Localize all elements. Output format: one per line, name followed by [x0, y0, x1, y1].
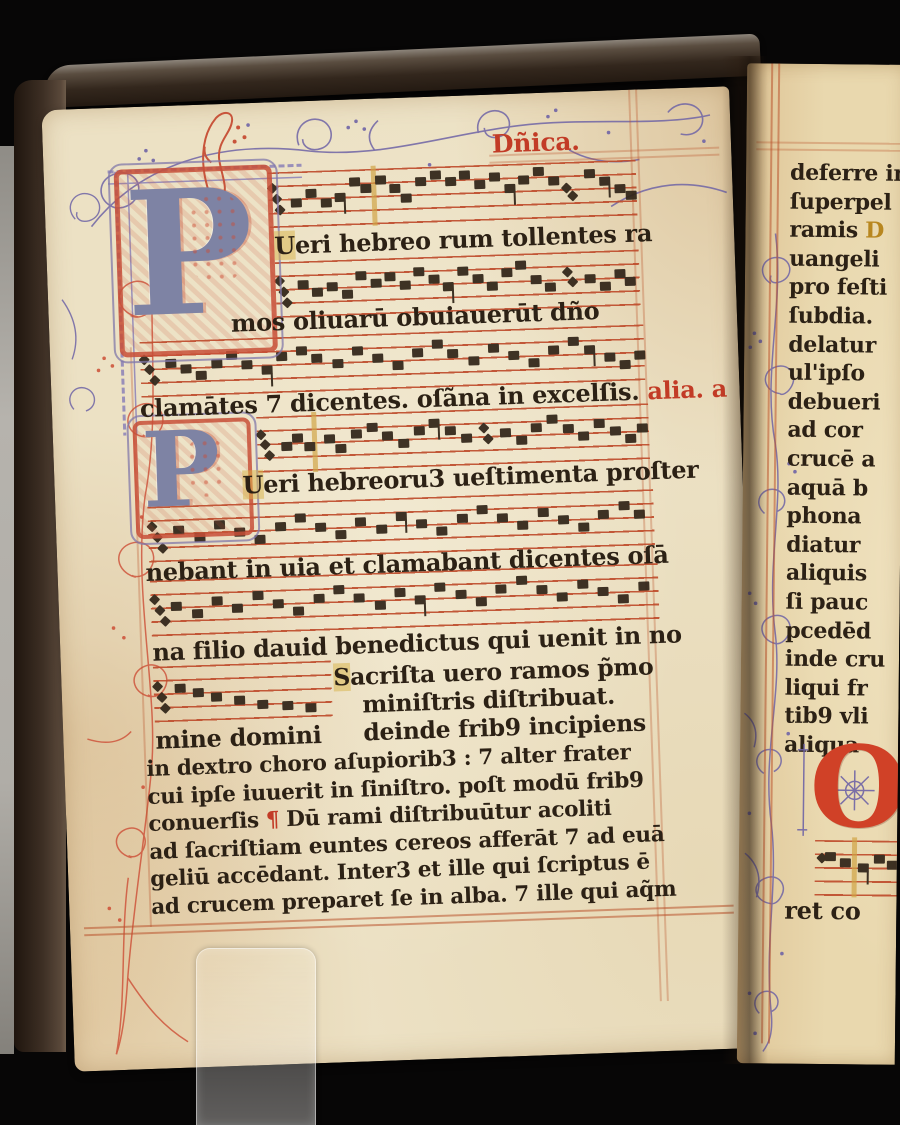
right-page-text-line: ad cor [787, 417, 862, 444]
neume-square [599, 177, 610, 186]
neume-square [496, 585, 507, 594]
neume-square [413, 426, 424, 435]
neume-square [445, 177, 456, 186]
illuminated-initial-p-small: P [132, 417, 254, 539]
neume-diamond [149, 375, 160, 386]
neume-square [255, 535, 266, 544]
neume-diamond [149, 594, 160, 605]
initial-ornament-dots [185, 436, 227, 497]
neume-square [332, 359, 343, 368]
neume-square [874, 854, 885, 863]
neume-square [370, 279, 381, 288]
right-page-text-line: ſi pauc [785, 589, 868, 616]
neume-square [273, 599, 284, 608]
neume-square [857, 863, 868, 872]
neume-square [336, 444, 347, 453]
neume-square [294, 514, 305, 523]
neume-square [175, 683, 186, 692]
neume-square [311, 353, 322, 362]
neume-square [578, 523, 589, 532]
neume-square [597, 586, 608, 595]
neume-square [474, 180, 485, 189]
neume-square [360, 184, 371, 193]
right-page-text-line: inde cru [785, 646, 885, 673]
neume-square [619, 360, 630, 369]
neume-square [476, 597, 487, 606]
neume-square [459, 171, 470, 180]
neume-square [504, 184, 515, 193]
neume-square [546, 415, 557, 424]
right-page-text-line: ul'ipſo [788, 360, 865, 387]
music-staff [815, 840, 898, 897]
neume-square [447, 348, 458, 357]
right-page-text-line: uangeli [789, 245, 880, 272]
neume-square [297, 280, 308, 289]
neume-square [401, 193, 412, 202]
neume-square [548, 345, 559, 354]
neume-square [887, 861, 898, 870]
neume-square [375, 175, 386, 184]
neume-diamond [157, 543, 168, 554]
right-page-bottom-line: ret co [784, 896, 860, 926]
neume-diamond [264, 450, 275, 461]
neume-square [394, 588, 405, 597]
neume-diamond [567, 190, 578, 201]
neume-square [557, 592, 568, 601]
right-page-text-line: deferre in [790, 160, 900, 187]
neume-square [315, 522, 326, 531]
table-edge-strip [0, 146, 14, 1054]
neume-square [366, 422, 377, 431]
neume-square [604, 352, 615, 361]
neume-square [461, 434, 472, 443]
neume-square [610, 426, 621, 435]
neume-square [355, 517, 366, 526]
neume-square [193, 688, 204, 697]
neume-square [252, 590, 263, 599]
neume-square [584, 169, 595, 178]
neume-square [633, 510, 644, 519]
neume-square [384, 272, 395, 281]
neume-diamond [154, 604, 165, 615]
neume-square [181, 365, 192, 374]
neume-square [455, 590, 466, 599]
neume-square [291, 198, 302, 207]
neume-square [396, 511, 407, 520]
neume-square [488, 343, 499, 352]
neume-square [634, 350, 645, 359]
gold-initial-d: D [858, 218, 884, 244]
neume-square [531, 423, 542, 432]
right-page-text-line: phona [786, 503, 861, 530]
lyric-line: mine domini [155, 721, 322, 755]
neume-square [517, 521, 528, 530]
right-page-text-line: ramis D [789, 217, 884, 244]
neume-square [412, 348, 423, 357]
neume-square [304, 442, 315, 451]
neume-square [192, 609, 203, 618]
neume-square [515, 260, 526, 269]
neume-square [349, 177, 360, 186]
neume-square [274, 522, 285, 531]
neume-square [241, 360, 252, 369]
neume-square [825, 852, 836, 861]
music-staff [153, 661, 333, 723]
neume-square [578, 431, 589, 440]
neume-square [430, 170, 441, 179]
neume-square [548, 176, 559, 185]
left-manuscript-page: P P Dñica. Ueri hebreo rum tollentes ra … [41, 86, 762, 1071]
neume-square [257, 699, 268, 708]
neume-square [415, 176, 426, 185]
neume-square [533, 167, 544, 176]
initial-ornament-dots [186, 191, 245, 285]
neume-square [390, 184, 401, 193]
neume-square [638, 581, 649, 590]
neume-diamond [160, 615, 171, 626]
right-page-text-line: aliquis [786, 560, 867, 587]
neume-square [392, 361, 403, 370]
neume-square [232, 603, 243, 612]
neume-square [516, 576, 527, 585]
neume-square [489, 172, 500, 181]
neume-square [472, 274, 483, 283]
neume-square [562, 424, 573, 433]
neume-square [637, 424, 648, 433]
neume-square [293, 607, 304, 616]
right-page-text-column: deferre inſuperpelramis Duangelipro feſt… [784, 160, 900, 801]
neume-square [626, 191, 637, 200]
neume-square [374, 601, 385, 610]
neume-square [501, 268, 512, 277]
right-page-text-line: crucē a [787, 446, 875, 473]
neume-diamond [567, 276, 578, 287]
neume-square [487, 282, 498, 291]
neume-square [598, 510, 609, 519]
neume-square [281, 441, 292, 450]
neume-diamond [483, 433, 494, 444]
neume-square [518, 176, 529, 185]
neume-square [296, 346, 307, 355]
neume-diamond [479, 422, 490, 433]
neume-square [306, 703, 317, 712]
right-page-text-line: ſuperpel [790, 188, 892, 215]
page-header-rubric: Dñica. [491, 127, 580, 159]
neume-square [399, 281, 410, 290]
neume-square [437, 526, 448, 535]
right-page-text-line: ſubdia. [788, 303, 873, 330]
neume-square [313, 594, 324, 603]
neume-square [443, 282, 454, 291]
neume-square [376, 524, 387, 533]
neume-square [537, 508, 548, 517]
neume-diamond [144, 364, 155, 375]
right-page-music-layer [747, 63, 900, 65]
right-page-text-line: aquā b [787, 474, 868, 501]
neume-square [476, 504, 487, 513]
neume-square [352, 346, 363, 355]
neume-square [261, 366, 272, 375]
neume-square [594, 418, 605, 427]
neume-square [355, 271, 366, 280]
neume-square [211, 596, 222, 605]
neume-square [320, 199, 331, 208]
neume-square [839, 858, 850, 867]
manuscript-photograph: P P Dñica. Ueri hebreo rum tollentes ra … [0, 0, 900, 1125]
neume-square [415, 596, 426, 605]
neume-square [432, 340, 443, 349]
right-page-text-line: pro feſti [789, 274, 887, 301]
neume-square [626, 433, 637, 442]
neume-square [341, 289, 352, 298]
neume-square [545, 282, 556, 291]
right-page-text-line: pcedēd [785, 617, 871, 644]
illuminated-initial-o: O [809, 744, 898, 837]
neume-square [618, 501, 629, 510]
neume-square [416, 519, 427, 528]
neume-square [457, 266, 468, 275]
neume-square [429, 419, 440, 428]
neume-square [171, 601, 182, 610]
neume-diamond [278, 286, 289, 297]
neume-square [577, 579, 588, 588]
neume-square [335, 530, 346, 539]
neume-square [500, 428, 511, 437]
neume-square [435, 583, 446, 592]
neume-square [497, 513, 508, 522]
neume-square [445, 426, 456, 435]
gold-bar-line [851, 837, 857, 897]
neume-square [335, 193, 346, 202]
right-page-text-line: liqui fr [785, 674, 868, 701]
neume-square [324, 435, 335, 444]
neume-square [614, 269, 625, 278]
neume-square [312, 288, 323, 297]
neume-square [508, 350, 519, 359]
neume-square [382, 431, 393, 440]
neume-diamond [275, 204, 286, 215]
right-page-text-line: delatur [788, 331, 876, 358]
neume-square [234, 696, 245, 705]
neume-square [305, 188, 316, 197]
neume-square [292, 433, 303, 442]
neume-square [211, 359, 222, 368]
neume-square [354, 594, 365, 603]
neume-square [618, 594, 629, 603]
lyric-rubric-alia: alia. a [647, 374, 727, 406]
neume-square [456, 513, 467, 522]
neume-square [468, 356, 479, 365]
neume-square [530, 275, 541, 284]
neume-square [196, 371, 207, 380]
neume-square [351, 430, 362, 439]
neume-square [583, 345, 594, 354]
neume-square [614, 184, 625, 193]
neume-square [625, 277, 636, 286]
neume-square [372, 354, 383, 363]
neume-square [333, 585, 344, 594]
right-manuscript-page: deferre inſuperpelramis Duangelipro feſt… [737, 63, 900, 1065]
neume-diamond [160, 703, 171, 714]
neume-square [327, 282, 338, 291]
neume-square [165, 358, 176, 367]
neume-square [585, 274, 596, 283]
neume-square [413, 267, 424, 276]
neume-square [211, 693, 222, 702]
right-page-text-line: debueri [788, 388, 881, 415]
neume-square [528, 358, 539, 367]
neume-square [398, 439, 409, 448]
neume-square [276, 352, 287, 361]
neume-square [600, 282, 611, 291]
neume-diamond [156, 692, 167, 703]
plastic-page-holder-strip [196, 948, 316, 1125]
neume-square [282, 701, 293, 710]
neume-square [568, 336, 579, 345]
neume-square [536, 585, 547, 594]
neume-square [558, 515, 569, 524]
initial-letter: O [809, 738, 900, 839]
right-page-text-line: diatur [786, 531, 860, 558]
neume-square [428, 274, 439, 283]
neume-square [516, 436, 527, 445]
pilcrow-mark: ¶ [258, 807, 286, 833]
body-text: conuerſis [148, 808, 259, 837]
